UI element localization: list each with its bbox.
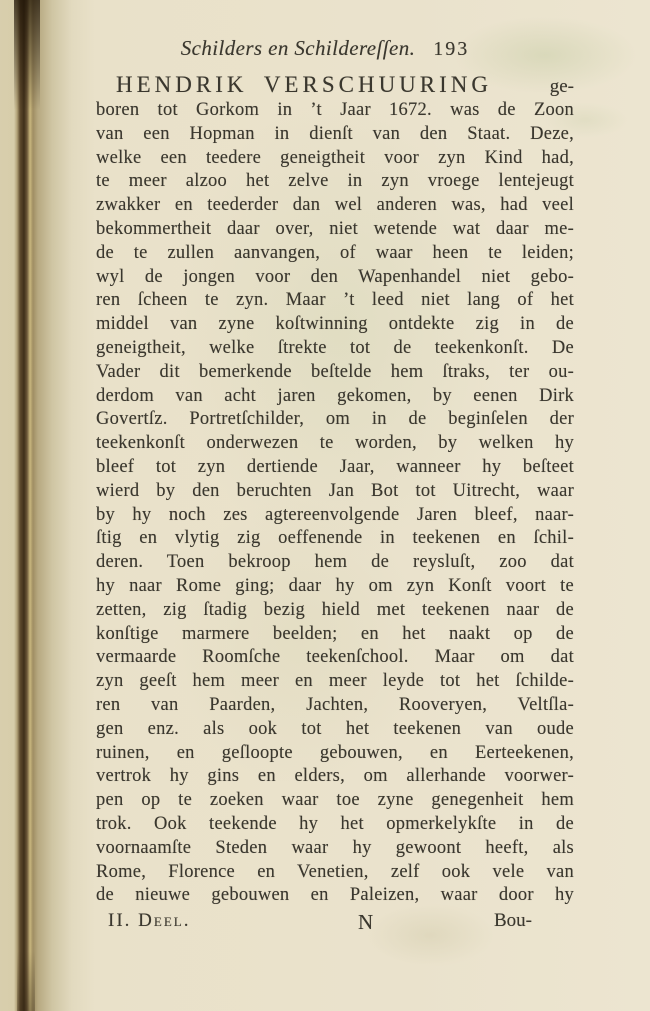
text-line: bekommertheit daar over, niet wetende wa…: [96, 218, 574, 242]
text-line: gen enz. als ook tot het teekenen van ou…: [96, 718, 574, 742]
opening-suffix: ge-: [550, 73, 574, 101]
text-line: zyn geeſt hem meer en meer leyde tot het…: [96, 670, 574, 694]
running-header: Schilders en Schildereſſen. 193: [86, 36, 564, 61]
page-number: 193: [433, 37, 469, 61]
text-line: ruinen, en geſloopte gebouwen, en Eertee…: [96, 742, 574, 766]
subject-name: HENDRIK VERSCHUURING: [116, 71, 492, 99]
text-line: hy naar Rome ging; daar hy om zyn Konſt …: [96, 575, 574, 599]
text-line: vertrok hy gins en elders, om allerhande…: [96, 765, 574, 789]
volume-label: II. Deel.: [108, 910, 190, 932]
page-content: Schilders en Schildereſſen. 193 HENDRIK …: [96, 36, 574, 940]
text-line: geneigtheit, welke ſtrekte tot de teeken…: [96, 337, 574, 361]
text-line: teekenkonſt onderwezen te worden, by wel…: [96, 432, 574, 456]
book-page-scan: Schilders en Schildereſſen. 193 HENDRIK …: [0, 0, 650, 1011]
text-line: konſtige marmere beelden; en het naakt o…: [96, 623, 574, 647]
text-line: de nieuwe gebouwen en Paleizen, waar doo…: [96, 884, 574, 908]
gutter-shadow-bottom: [17, 951, 35, 1011]
text-line: de te zullen aanvangen, of waar heen te …: [96, 242, 574, 266]
text-line: wierd by den beruchten Jan Bot tot Uitre…: [96, 480, 574, 504]
text-line: by hy noch zes agtereenvolgende Jaren bl…: [96, 504, 574, 528]
text-line: Rome, Florence en Venetien, zelf ook vel…: [96, 861, 574, 885]
text-line: zwakker en teederder dan wel anderen was…: [96, 194, 574, 218]
text-line: bleef tot zyn dertiende Jaar, wanneer hy…: [96, 456, 574, 480]
gutter-shadow-top: [14, 0, 40, 110]
text-line: wyl de jongen voor den Wapenhandel niet …: [96, 266, 574, 290]
text-line: vermaarde Roomſche teekenſchool. Maar om…: [96, 646, 574, 670]
text-line: trok. Ook teekende hy het opmerkelykſte …: [96, 813, 574, 837]
text-line: voornaamſte Steden waar hy gewoont heeft…: [96, 837, 574, 861]
text-line: deren. Toen bekroop hem de reysluſt, zoo…: [96, 551, 574, 575]
text-line: ſtig en vlytig zig oeffenende in teekene…: [96, 527, 574, 551]
text-line: ren van Paarden, Jachten, Rooveryen, Vel…: [96, 694, 574, 718]
text-line: zetten, zig ſtadig bezig hield met teeke…: [96, 599, 574, 623]
signature-mark: N: [358, 910, 373, 935]
text-line: te meer alzoo het zelve in zyn vroege le…: [96, 170, 574, 194]
text-line: boren tot Gorkom in ’t Jaar 1672. was de…: [96, 99, 574, 123]
text-line: pen op te zoeken waar toe zyne genegenhe…: [96, 789, 574, 813]
text-line: van een Hopman in dienſt van den Staat. …: [96, 123, 574, 147]
text-line: welke een teedere geneigtheit voor zyn K…: [96, 147, 574, 171]
catchword: Bou-: [494, 910, 532, 932]
page-footer: II. Deel. N Bou-: [96, 910, 574, 940]
text-line: derdom van acht jaren gekomen, by eenen …: [96, 385, 574, 409]
text-line: Govertſz. Portretſchilder, om in de begi…: [96, 408, 574, 432]
text-line: ren ſcheen te zyn. Maar ’t leed niet lan…: [96, 289, 574, 313]
text-line: Vader dit bemerkende beſtelde hem ſtraks…: [96, 361, 574, 385]
body-text: boren tot Gorkom in ’t Jaar 1672. was de…: [96, 99, 574, 908]
paragraph-opening: HENDRIK VERSCHUURING ge-: [96, 71, 574, 99]
text-line: middel van zyne koſtwinning ontdekte zig…: [96, 313, 574, 337]
running-header-title: Schilders en Schildereſſen.: [181, 36, 416, 60]
